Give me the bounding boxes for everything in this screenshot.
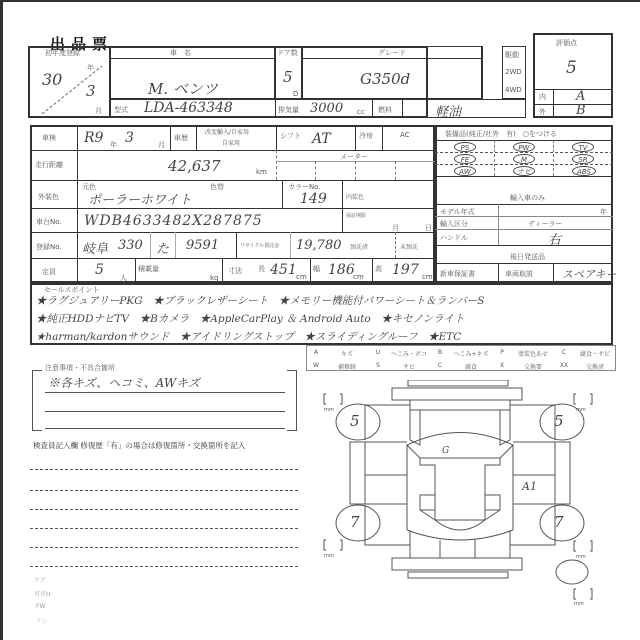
shift-label: シフト bbox=[280, 131, 301, 141]
legend-code: U bbox=[369, 349, 387, 356]
inspection-year: R9 bbox=[84, 130, 103, 146]
divider bbox=[175, 232, 176, 258]
first-reg-label: 初年度登録 bbox=[45, 48, 80, 58]
divider bbox=[498, 263, 499, 283]
divider bbox=[30, 150, 435, 151]
history-note: 改変輸入/自家用 bbox=[205, 127, 249, 136]
equip-sr[interactable]: SR bbox=[572, 154, 594, 164]
ac-label: 冷房 bbox=[359, 131, 373, 141]
length-value: 451 bbox=[270, 262, 297, 278]
tread-unit: mm bbox=[576, 407, 586, 413]
footer-label: ケア bbox=[34, 575, 46, 584]
day-unit: 日 bbox=[425, 223, 432, 233]
color-label: 外装色 bbox=[38, 192, 59, 202]
recycle-amount: 19,780 bbox=[296, 238, 342, 253]
reg-no-label: 登録No. bbox=[36, 242, 62, 252]
displacement-label: 排気量 bbox=[278, 105, 299, 115]
reg-no-kana: た bbox=[156, 238, 169, 257]
shift-value: AT bbox=[312, 131, 331, 147]
legend-code: S bbox=[369, 362, 387, 369]
equipment-header: 装備品(純正/社外 有) ○をつける bbox=[445, 129, 557, 139]
legend-description: 腐食・サビ bbox=[573, 349, 617, 358]
legend-description: 交換要 bbox=[511, 362, 555, 371]
legend-code: A bbox=[307, 349, 325, 356]
legend-description: 交換済 bbox=[573, 362, 617, 371]
divider bbox=[276, 125, 277, 150]
legend-code: P bbox=[493, 349, 511, 356]
divider bbox=[236, 232, 237, 258]
sales-point-line-2: ★純正HDDナビTV ★Bカメラ ★AppleCarPlay ＆ Android… bbox=[36, 311, 464, 326]
vehicle-diagram[interactable]: mm mm mm mm mm 5 5 7 7 G A1 bbox=[310, 380, 640, 630]
width-unit: cm bbox=[353, 273, 364, 281]
divider bbox=[30, 232, 435, 233]
diagonal-divider bbox=[40, 62, 104, 116]
warranty-label: 新車保証書 bbox=[440, 269, 475, 279]
divider bbox=[435, 245, 613, 246]
width-label: 幅 bbox=[313, 264, 320, 274]
inspection-month-unit: 月 bbox=[158, 140, 165, 150]
divider bbox=[355, 161, 356, 180]
divider bbox=[342, 180, 343, 232]
divider bbox=[30, 208, 435, 209]
equip-aw[interactable]: AW bbox=[454, 166, 476, 176]
scan-border-top bbox=[0, 0, 640, 2]
color-value: ポーラーホワイト bbox=[88, 189, 192, 208]
manual-label: 車両取説 bbox=[505, 269, 533, 279]
divider bbox=[32, 430, 42, 431]
divider bbox=[45, 411, 285, 412]
tire-rear-right-depth: 7 bbox=[554, 513, 564, 531]
load-label: 積載量 bbox=[138, 264, 159, 274]
inspector-line bbox=[30, 509, 298, 510]
legend-code: B bbox=[431, 349, 449, 356]
divider bbox=[275, 99, 276, 118]
divider bbox=[553, 89, 554, 118]
divider bbox=[395, 161, 396, 180]
grade-label: グレード bbox=[378, 48, 406, 58]
recycle-unpaid-label: 未預託 bbox=[400, 242, 418, 251]
divider bbox=[402, 99, 403, 118]
dimensions-label: 寸法 bbox=[228, 266, 242, 276]
doors-label: ドア数 bbox=[277, 48, 298, 58]
recycle-label: リサイクル預託金 bbox=[240, 242, 279, 249]
legend-description: 腐食 bbox=[449, 362, 493, 371]
drive-label: 駆動 bbox=[505, 50, 519, 60]
divider bbox=[435, 204, 613, 205]
divider bbox=[45, 392, 285, 393]
side-damage-mark: A1 bbox=[522, 480, 537, 493]
reg-no-number: 9591 bbox=[186, 238, 219, 253]
legend-description: へこみ・ボコ bbox=[387, 349, 431, 358]
divider bbox=[553, 140, 554, 176]
inspection-month: 3 bbox=[125, 130, 134, 146]
equip-tv[interactable]: TV bbox=[572, 142, 594, 152]
vin-label: 車台No. bbox=[36, 217, 62, 227]
divider bbox=[435, 164, 613, 165]
divider bbox=[110, 58, 275, 59]
tire-front-right-depth: 5 bbox=[554, 412, 564, 430]
divider bbox=[310, 258, 311, 283]
grade-value: G350d bbox=[360, 70, 410, 88]
interior-score: A bbox=[576, 89, 585, 104]
legend-description: 補修跡 bbox=[325, 362, 369, 371]
interior-color-label: 内装色 bbox=[346, 192, 364, 201]
divider bbox=[372, 99, 373, 118]
displacement-value: 3000 bbox=[310, 101, 343, 116]
displacement-unit: cc bbox=[357, 108, 365, 116]
height-label: 高 bbox=[375, 264, 382, 274]
divider bbox=[498, 204, 499, 245]
fuel-value: 軽油 bbox=[435, 101, 461, 120]
tire-front-left-depth: 5 bbox=[350, 412, 360, 430]
height-unit: cm bbox=[422, 273, 433, 281]
divider bbox=[30, 180, 435, 181]
legend-description: 塗装色あせ bbox=[511, 349, 555, 358]
equip-navi[interactable]: ナビ bbox=[513, 166, 535, 176]
divider bbox=[435, 229, 613, 230]
divider bbox=[435, 216, 613, 217]
divider bbox=[222, 258, 223, 283]
width-value: 186 bbox=[328, 262, 355, 278]
equip-ps[interactable]: PS bbox=[454, 142, 476, 152]
divider bbox=[315, 161, 316, 180]
exterior-score: B bbox=[576, 103, 586, 118]
divider bbox=[282, 180, 283, 208]
color-change-label: 色替 bbox=[210, 182, 224, 192]
legend-code: X bbox=[493, 362, 511, 369]
divider bbox=[435, 263, 613, 264]
overall-score: 5 bbox=[566, 58, 577, 78]
inspector-line bbox=[30, 547, 298, 548]
mileage-label: 走行距離 bbox=[35, 160, 63, 170]
divider bbox=[77, 125, 78, 283]
import-header: 輸入車のみ bbox=[510, 193, 545, 203]
divider bbox=[45, 428, 285, 429]
divider bbox=[482, 46, 483, 99]
legend-description: キズ bbox=[325, 349, 369, 358]
divider bbox=[533, 104, 613, 105]
damage-legend: AキズUへこみ・ボコBへこみ+キズP塗装色あせC腐食・サビW補修跡SサビC腐食X… bbox=[306, 345, 616, 371]
accessories-header: 後日発送品 bbox=[510, 252, 545, 262]
divider bbox=[135, 258, 136, 283]
mileage-value: 42,637 bbox=[168, 157, 221, 175]
import-type-value: ディーラー bbox=[528, 219, 562, 229]
spare-key-value: スペアキー bbox=[562, 266, 617, 282]
length-unit: cm bbox=[296, 273, 307, 281]
divider bbox=[553, 263, 554, 283]
legend-description: へこみ+キズ bbox=[449, 349, 493, 358]
divider bbox=[287, 370, 297, 371]
reg-no-area: 岐阜 bbox=[82, 238, 108, 257]
footer-label: FW bbox=[36, 603, 45, 610]
car-name: M. ベンツ bbox=[148, 78, 218, 99]
score-label: 評価点 bbox=[556, 38, 577, 48]
legend-description: サビ bbox=[387, 362, 431, 371]
tread-unit: mm bbox=[324, 407, 334, 413]
inspector-label: 検査員記入欄 修復歴「有」の場合は修復箇所・交換箇所を記入 bbox=[33, 440, 245, 451]
tire-rear-left-depth: 7 bbox=[350, 513, 360, 531]
capacity-label: 定員 bbox=[42, 267, 56, 277]
inspection-label: 車検 bbox=[42, 133, 56, 143]
divider bbox=[494, 140, 495, 176]
divider bbox=[150, 232, 151, 258]
vin-value: WDB4633482X287875 bbox=[84, 213, 263, 229]
divider bbox=[355, 125, 356, 150]
inspector-line bbox=[30, 528, 298, 529]
footer-label: 可否H bbox=[34, 589, 51, 598]
legend-code: W bbox=[307, 362, 325, 369]
legend-code: C bbox=[431, 362, 449, 369]
tread-unit: mm bbox=[574, 601, 584, 607]
mileage-unit: km bbox=[256, 168, 267, 176]
equip-abs[interactable]: ABS bbox=[572, 166, 596, 176]
car-name-label: 車 名 bbox=[170, 48, 191, 58]
divider bbox=[276, 150, 277, 180]
capacity-value: 5 bbox=[95, 262, 104, 278]
roof-damage-mark: G bbox=[442, 446, 449, 456]
divider bbox=[290, 232, 291, 258]
reg-no-class: 330 bbox=[118, 238, 143, 253]
history-label: 車歴 bbox=[174, 133, 188, 143]
inspector-line bbox=[30, 469, 298, 470]
divider bbox=[302, 58, 482, 59]
notes-text: ※各キズ、ヘコミ、AWキズ bbox=[48, 374, 200, 391]
sales-point-line-3: ★harman/kardonサウンド ★アイドリングストップ ★スライディングル… bbox=[36, 329, 461, 344]
color-no-value: 149 bbox=[300, 191, 327, 207]
length-label: 長 bbox=[258, 264, 265, 274]
inspector-line bbox=[30, 566, 298, 567]
capacity-unit: 人 bbox=[120, 273, 127, 283]
divider bbox=[395, 232, 396, 258]
exterior-label: 外 bbox=[539, 107, 546, 117]
history-value: 自家用 bbox=[222, 138, 240, 147]
import-type-label: 輸入区分 bbox=[440, 219, 468, 229]
tread-unit: mm bbox=[576, 554, 586, 560]
drive-2wd: 2WD bbox=[505, 68, 522, 76]
scan-border-left bbox=[0, 0, 3, 640]
divider bbox=[382, 125, 383, 150]
legend-code: C bbox=[555, 349, 573, 356]
footer-label: ナシ bbox=[36, 616, 48, 625]
inspection-year-unit: 年 bbox=[110, 140, 117, 150]
height-value: 197 bbox=[392, 262, 419, 278]
interior-label: 内 bbox=[539, 92, 546, 102]
model-value: LDA-463348 bbox=[144, 100, 233, 116]
doors-unit: D bbox=[293, 90, 298, 98]
divider bbox=[435, 140, 613, 141]
load-unit: kg bbox=[210, 274, 219, 282]
tread-unit: mm bbox=[324, 553, 334, 559]
model-label: 型式 bbox=[114, 105, 128, 115]
equip-pw[interactable]: PW bbox=[513, 142, 535, 152]
expiry-label: 保証期限 bbox=[346, 212, 366, 219]
divider bbox=[196, 125, 197, 150]
handle-label: ハンドル bbox=[440, 233, 468, 243]
fuel-label: 燃料 bbox=[378, 105, 392, 115]
divider bbox=[372, 258, 373, 283]
drive-4wd: 4WD bbox=[505, 86, 522, 94]
divider bbox=[30, 258, 435, 259]
sales-point-line-1: ★ラグジュアリーPKG ★ブラックレザーシート ★メモリー機能付パワーシート＆ラ… bbox=[36, 293, 485, 308]
divider bbox=[533, 89, 613, 90]
equip-m[interactable]: M bbox=[513, 154, 535, 164]
doors-value: 5 bbox=[283, 68, 293, 86]
divider bbox=[287, 430, 297, 431]
divider bbox=[170, 125, 171, 150]
equip-fe[interactable]: FE bbox=[454, 154, 476, 164]
ac-value: AC bbox=[400, 131, 410, 139]
recycle-paid-label: 預託済 bbox=[350, 242, 368, 251]
legend-code: XX bbox=[555, 362, 573, 369]
divider bbox=[32, 370, 42, 371]
inspector-line bbox=[30, 490, 298, 491]
